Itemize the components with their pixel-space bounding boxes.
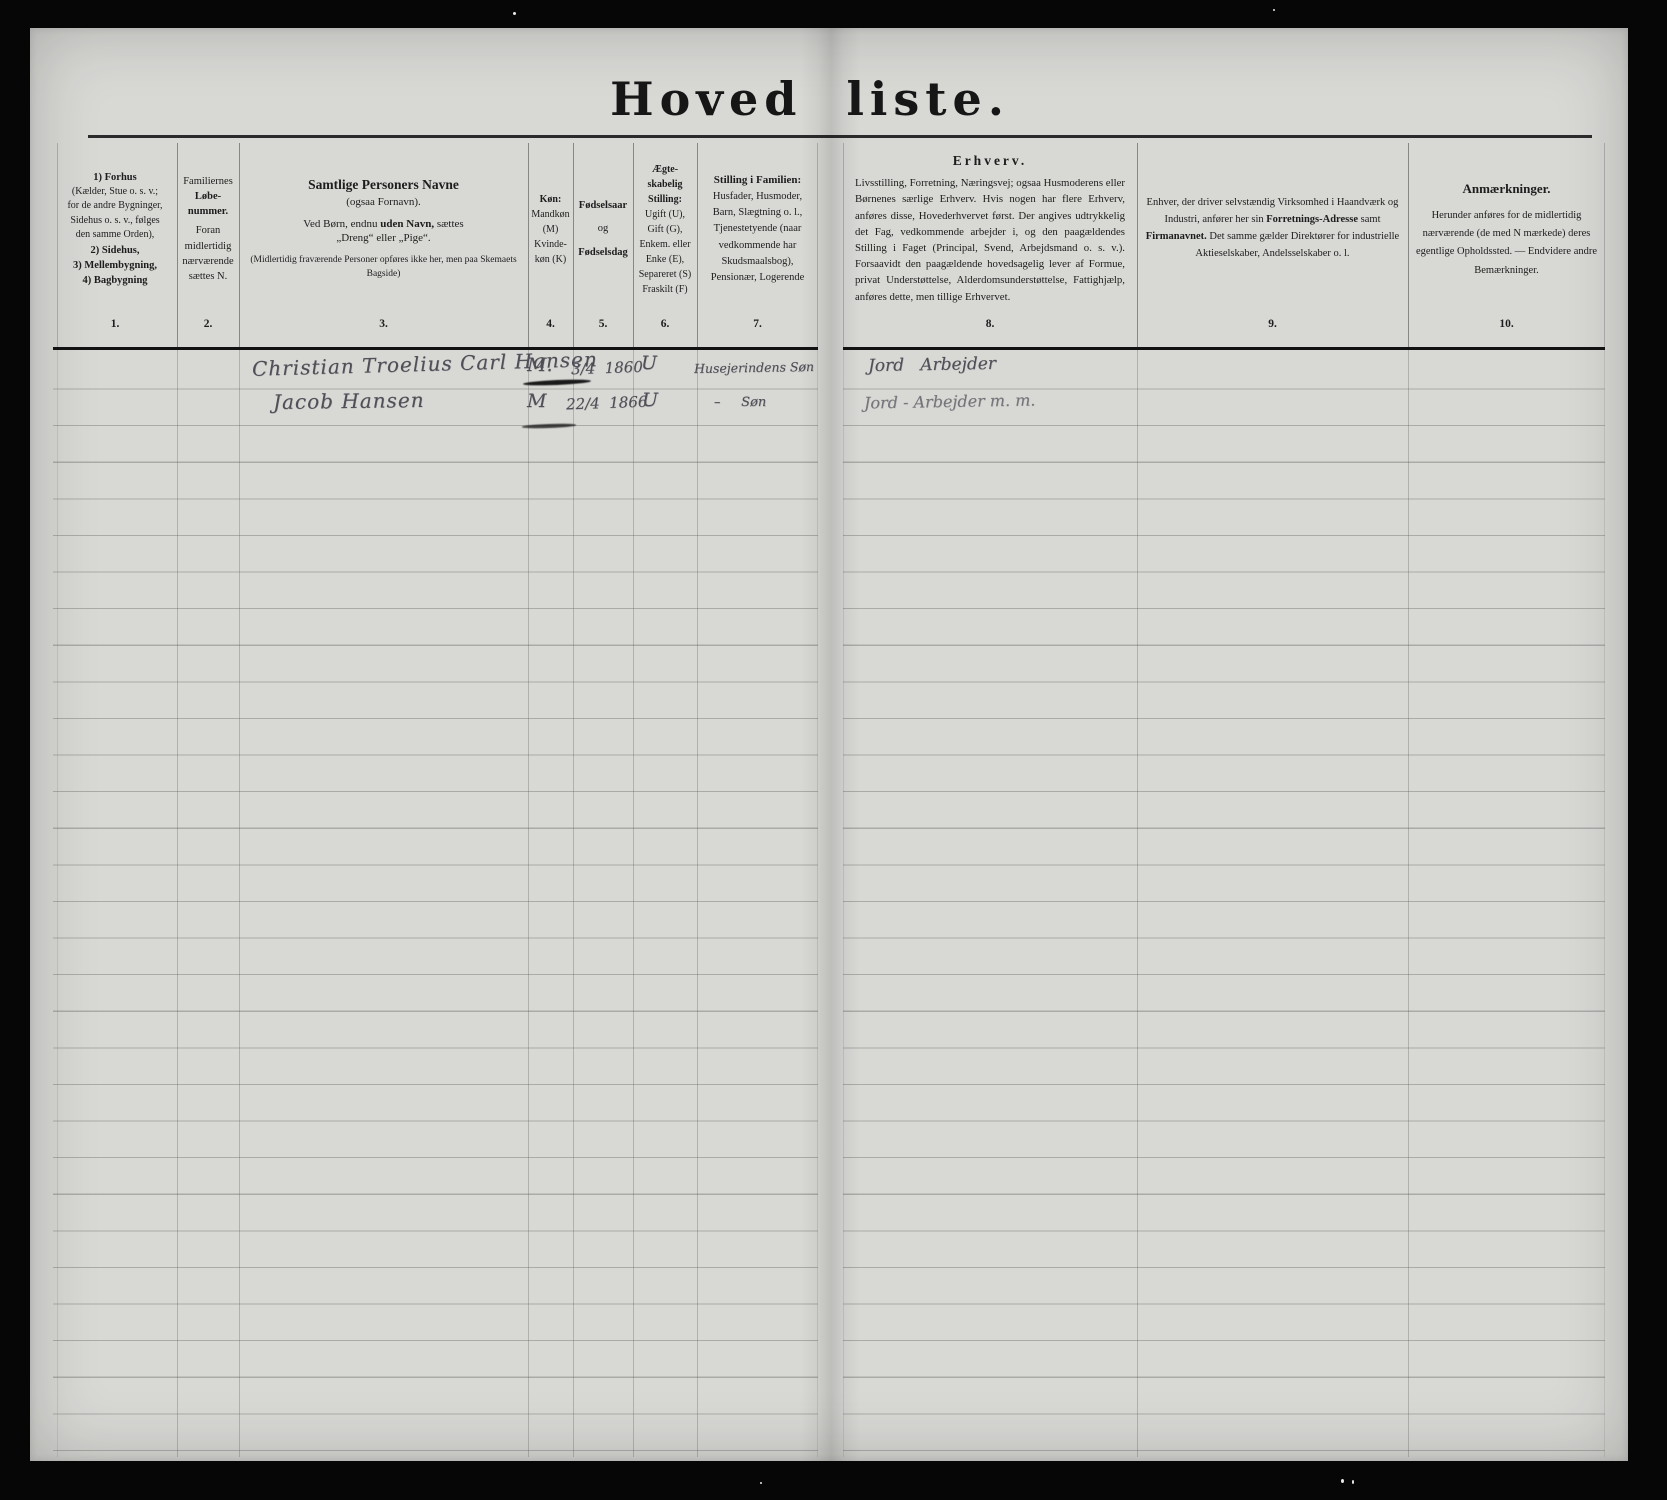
column-separator-line [1604,350,1605,1457]
column-separator-line [239,143,240,347]
column-header-birthdate: Fødselsaar og Fødselsdag [573,143,633,315]
header-line: Familiernes [183,174,233,189]
scanned-census-page: { "title": "Hoved liste.", "colors": { "… [0,0,1667,1500]
header-text-bold: uden Navn, [380,218,434,230]
header-line: Sidehus o. s. v., følges [70,214,159,229]
entry-birthdate: 3/4 1860 [571,358,643,378]
column-separator-line [239,350,240,1457]
header-text: Det samme gælder Direktører for industri… [1195,231,1399,259]
column-header-occupation: Erhverv. Livsstilling, Forretning, Nærin… [843,143,1137,315]
column-number-5: 5. [573,318,633,340]
dust-speck [513,12,516,15]
header-line: Husfader, Husmoder, Barn, Slægtning o. l… [702,189,813,287]
table-body-left-page [53,353,818,1458]
column-header-marital-status: Ægte- skabelig Stilling: Ugift (U), Gift… [633,143,697,315]
column-separator-line [528,350,529,1457]
header-paragraph: Livsstilling, Forretning, Næringsvej; og… [855,175,1125,305]
header-line: den samme Orden), [76,228,155,243]
column-number-9: 9. [1137,318,1408,340]
header-title: Samtlige Personers Navne [308,177,459,193]
column-separator-line [573,350,574,1457]
column-header-business-address: Enhver, der driver selvstændig Virksomhe… [1137,143,1408,315]
column-separator-line [573,143,574,347]
header-line: (Kælder, Stue o. s. v.; [72,185,158,200]
header-line: 4) Bagbygning [82,273,147,288]
entry-name: Jacob Hansen [273,388,425,414]
header-line: for de andre Bygninger, [67,199,162,214]
entry-marital: U [641,352,657,374]
column-separator-line [697,350,698,1457]
column-separator-line [57,143,58,347]
column-number-2: 2. [177,318,239,340]
header-text-bold: Forretnings-Adresse [1266,214,1358,225]
header-line: 2) Sidehus, [90,243,139,258]
column-separator-line [528,143,529,347]
column-separator-line [1137,350,1138,1457]
header-line: Fødselsdag [578,241,628,264]
entry-occupation: Jord Arbejder [868,354,996,376]
column-separator-line [177,350,178,1457]
column-separator-line [57,350,58,1457]
page-gutter-shadow [800,28,860,1461]
column-header-family-number: Familiernes Løbe-nummer. Foran midlertid… [177,143,239,315]
header-line: Løbe-nummer. [182,189,234,219]
header-title: Anmærkninger. [1462,178,1550,201]
ledger-paper: Hoved liste. 1) Forhus (Kælder, Stue o. … [30,28,1628,1461]
header-line: (ogsaa Fornavn). [346,196,421,208]
header-text: samt [1358,214,1380,225]
dust-speck [760,1482,762,1484]
column-separator-line [633,143,634,347]
header-title: Stilling i Familien: [714,172,801,189]
header-text: sættes [434,218,464,230]
header-line: 1) Forhus [93,170,136,185]
column-separator-line [633,350,634,1457]
header-title: Erhverv. [953,153,1028,169]
column-header-remarks: Anmærkninger. Herunder anføres for de mi… [1408,143,1605,315]
column-separator-line [697,143,698,347]
header-paragraph: Herunder anføres for de midlertidig nærv… [1413,207,1600,281]
column-header-names: Samtlige Personers Navne (ogsaa Fornavn)… [239,143,528,315]
entry-sex: M [527,390,546,412]
header-text-bold: Firmanavnet. [1146,231,1207,242]
column-number-3: 3. [239,318,528,340]
header-line: Foran midlertidig nærværende sættes N. [182,223,234,284]
column-separator-line [1137,143,1138,347]
column-separator-line [177,143,178,347]
entry-occupation: Jord - Arbejder m. m. [864,391,1036,413]
header-paragraph: Enhver, der driver selvstændig Virksomhe… [1142,195,1403,262]
column-number-6: 6. [633,318,697,340]
column-number-10: 10. [1408,318,1605,340]
column-number-1: 1. [53,318,177,340]
entry-sex: M. [527,354,553,376]
entry-birthdate: 22/4 1866 [566,393,648,414]
column-header-sex: Køn: Mandkøn (M) Kvinde- køn (K) [528,143,573,315]
dust-speck [1273,9,1275,11]
dust-speck [1352,1480,1354,1484]
dust-speck [1341,1479,1344,1483]
header-line: og [598,217,609,240]
entry-family-role: Husejerindens Søn [694,359,814,376]
table-body-right-page [843,353,1605,1458]
column-number-8: 8. [843,318,1137,340]
header-line: Ugift (U), Gift (G), Enkem. eller Enke (… [638,207,692,297]
column-separator-line [1604,143,1605,347]
entry-family-role: – Søn [714,395,766,410]
header-line: Mandkøn (M) Kvinde- køn (K) [531,207,569,267]
header-title: Ægte- skabelig Stilling: [638,162,692,207]
header-line: „Dreng“ eller „Pige“. [336,232,430,244]
column-number-4: 4. [528,318,573,340]
header-text: Ved Børn, endnu [303,218,380,230]
header-line: Fødselsaar [579,194,627,217]
header-rule-left-page [53,347,818,350]
header-line: Ved Børn, endnu uden Navn, sættes [303,218,463,230]
header-rule-right-page [843,347,1605,350]
header-title: Køn: [540,192,562,207]
header-line: 3) Mellembygning, [73,258,157,273]
column-separator-line [1408,350,1409,1457]
entry-marital: U [642,389,658,411]
column-separator-line [1408,143,1409,347]
header-note: (Midlertidig fraværende Personer opføres… [244,254,523,281]
column-header-buildings: 1) Forhus (Kælder, Stue o. s. v.; for de… [53,143,177,315]
